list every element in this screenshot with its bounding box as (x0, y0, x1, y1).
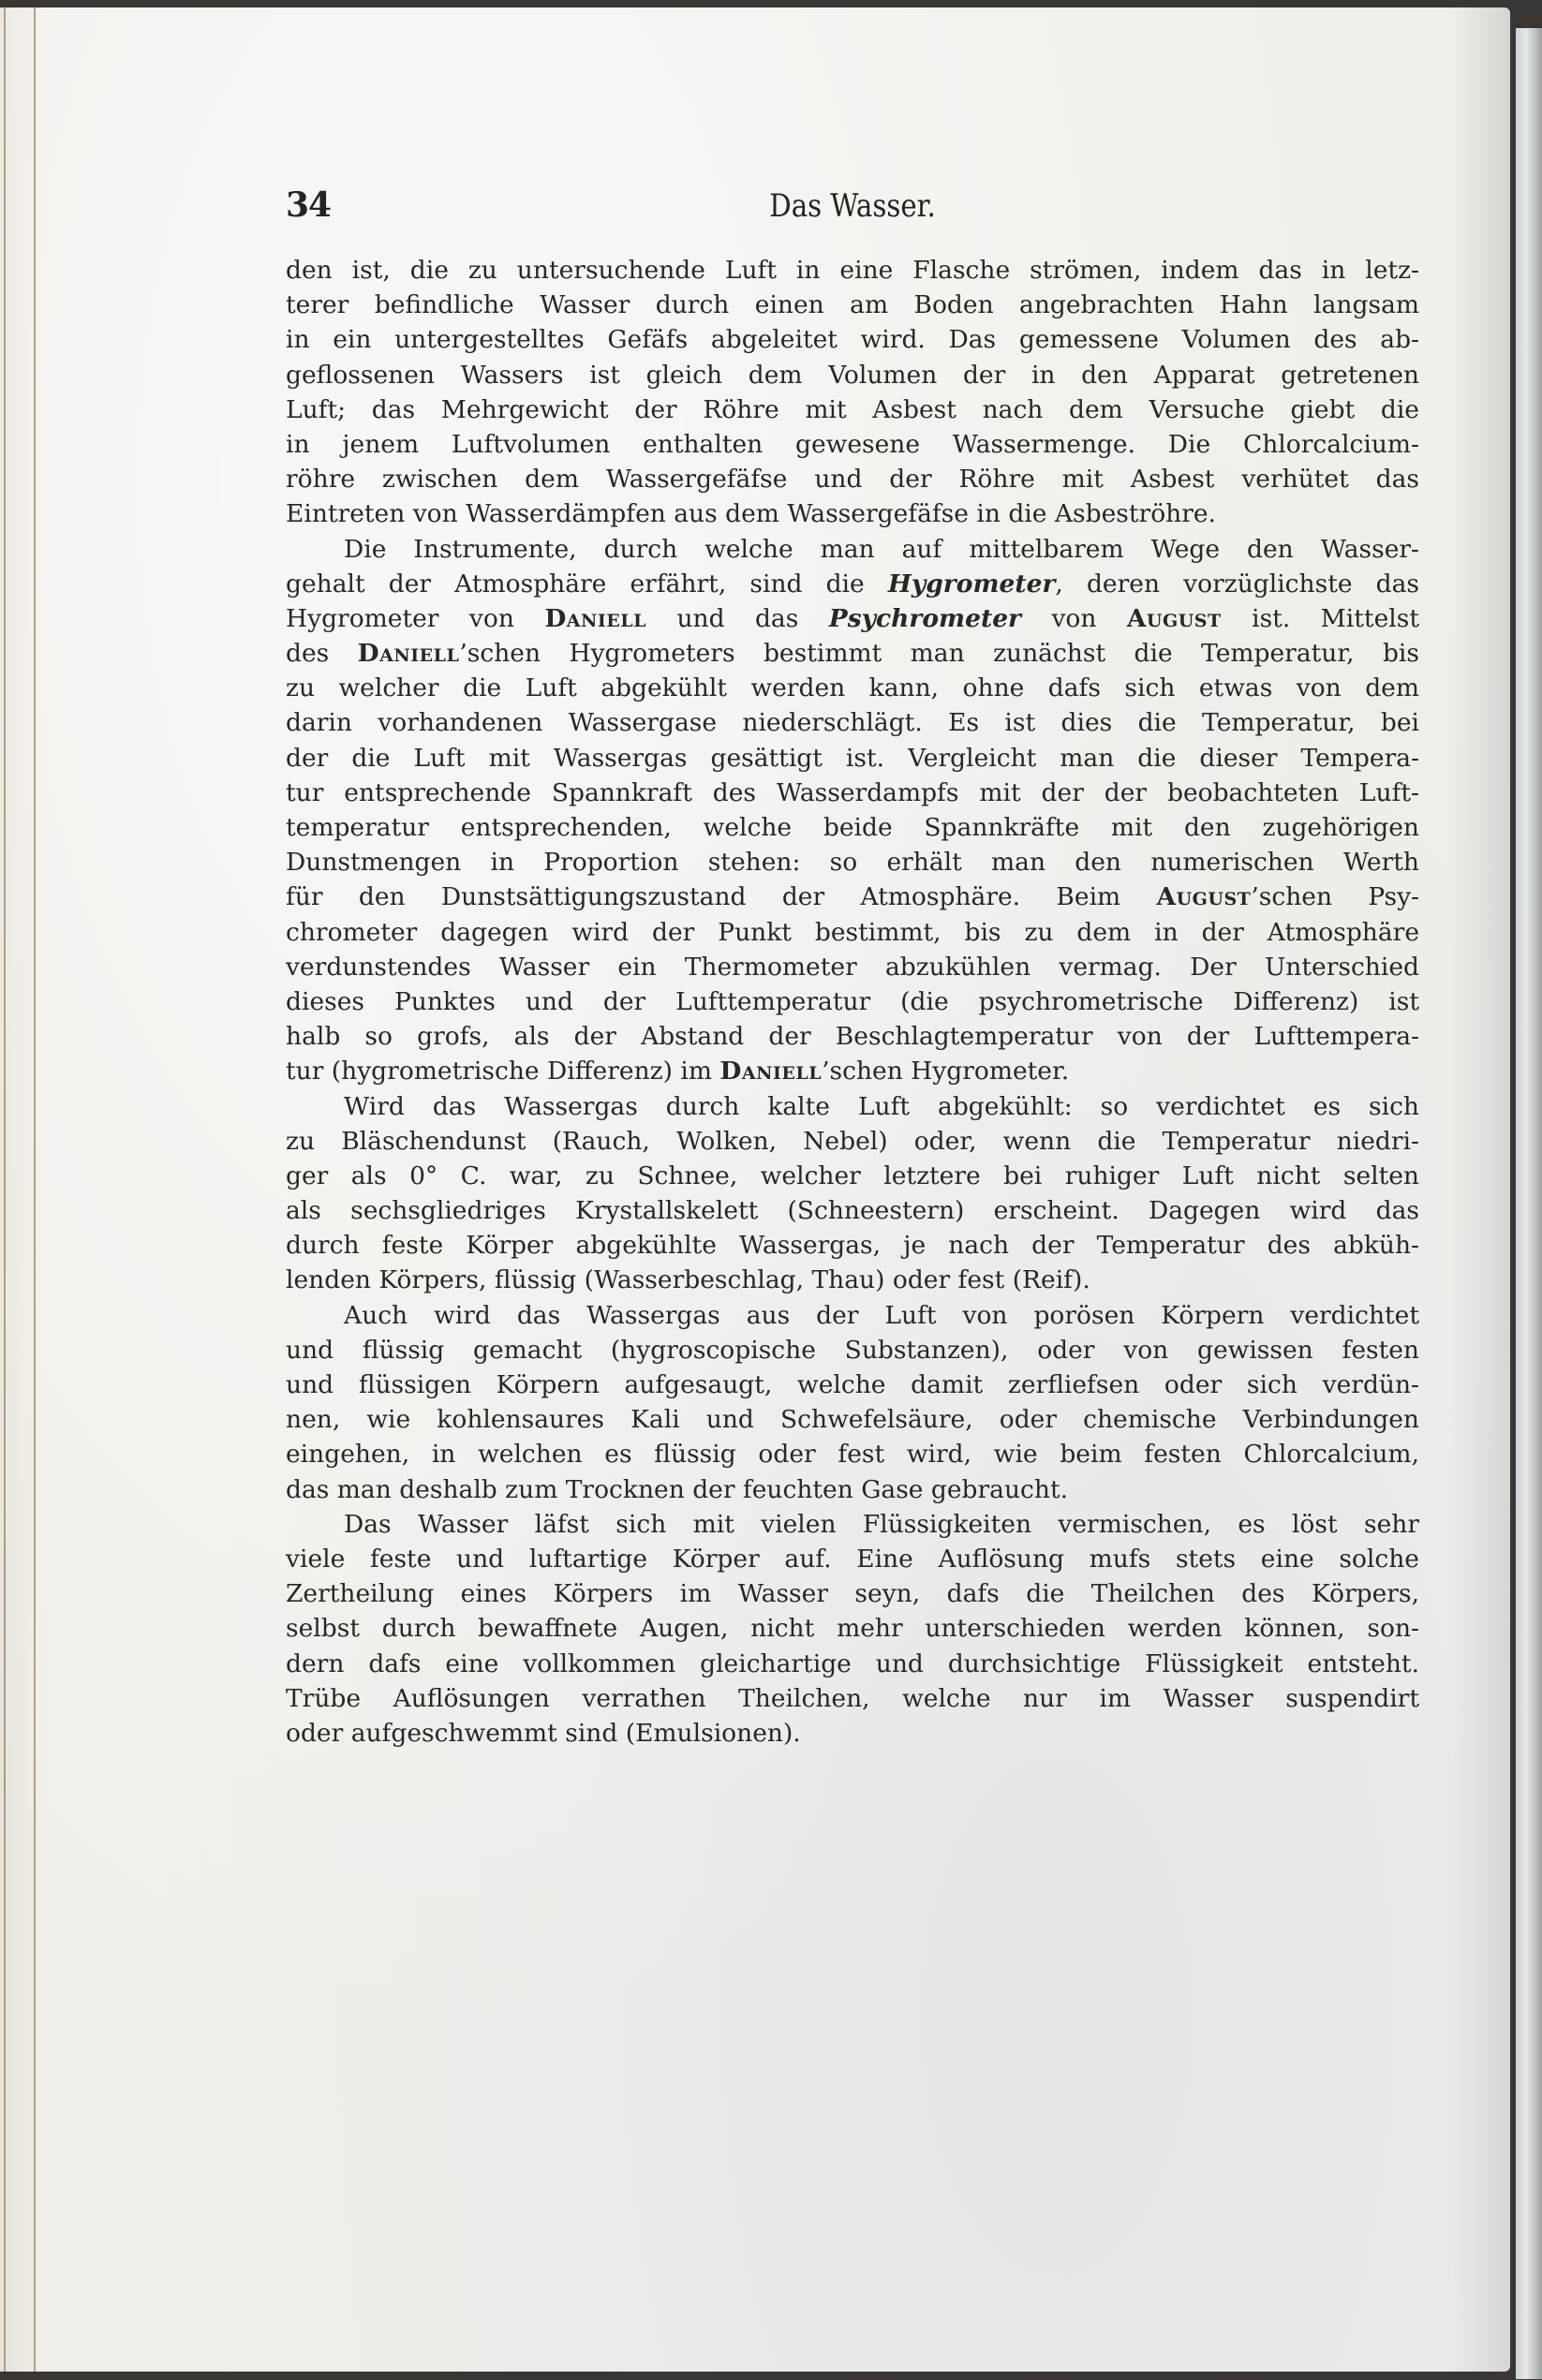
text-line: Das Wasser läfst sich mit vielen Flüssig… (286, 1507, 1419, 1542)
text-line: temperatur entsprechenden, welche beide … (286, 810, 1419, 845)
text-run: von (1021, 604, 1127, 633)
text-line: zu welcher die Luft abgekühlt werden kan… (286, 671, 1419, 705)
binding-edge-line (34, 7, 36, 2372)
text-run: und das (646, 604, 829, 633)
next-page-edge (1516, 28, 1542, 2379)
text-line: Wird das Wassergas durch kalte Luft abge… (286, 1089, 1419, 1124)
paragraph: Wird das Wassergas durch kalte Luft abge… (286, 1089, 1419, 1298)
author-name: August (1127, 604, 1222, 633)
text-line: Trübe Auflösungen verrathen Theilchen, w… (286, 1681, 1419, 1716)
text-line: den ist, die zu untersuchende Luft in ei… (286, 253, 1419, 288)
text-run: des (286, 639, 358, 668)
body-text: den ist, die zu untersuchende Luft in ei… (286, 253, 1419, 1751)
emphasis-term: Hygrometer (888, 569, 1056, 599)
text-line: lenden Körpers, flüssig (Wasserbeschlag,… (286, 1263, 1419, 1297)
text-line: viele feste und luftartige Körper auf. E… (286, 1542, 1419, 1576)
text-run: ist. Mittelst (1222, 604, 1419, 633)
text-run: gehalt der Atmosphäre erfährt, sind die (286, 569, 888, 599)
binding-edge-line (4, 7, 6, 2372)
text-run: Hygrometer von (286, 604, 544, 633)
text-line: das man deshalb zum Trocknen der feuchte… (286, 1472, 1419, 1507)
text-line: chrometer dagegen wird der Punkt bestimm… (286, 915, 1419, 950)
emphasis-term: Psychrometer (829, 604, 1021, 633)
paragraph: Die Instrumente, durch welche man auf mi… (286, 532, 1419, 1089)
author-name: Daniell (358, 639, 460, 668)
text-line: Luft; das Mehrgewicht der Röhre mit Asbe… (286, 392, 1419, 427)
text-line: in jenem Luftvolumen enthalten gewesene … (286, 427, 1419, 462)
text-run: für den Dunstsättigungszustand der Atmos… (286, 882, 1157, 911)
book-page: 34 Das Wasser. den ist, die zu untersuch… (0, 7, 1510, 2372)
text-run: tur (hygrometrische Differenz) im (286, 1057, 719, 1086)
text-line: röhre zwischen dem Wassergefäfse und der… (286, 462, 1419, 496)
text-run: ’schen Hygrometer. (822, 1057, 1069, 1086)
text-line: terer befindliche Wasser durch einen am … (286, 288, 1419, 322)
text-line: tur (hygrometrische Differenz) im Daniel… (286, 1054, 1419, 1088)
text-line: Dunstmengen in Proportion stehen: so erh… (286, 845, 1419, 880)
text-line: ger als 0° C. war, zu Schnee, welcher le… (286, 1159, 1419, 1193)
text-line: Eintreten von Wasserdämpfen aus dem Wass… (286, 496, 1419, 531)
text-line: der die Luft mit Wassergas gesättigt ist… (286, 741, 1419, 776)
text-line: Hygrometer von Daniell und das Psychrome… (286, 601, 1419, 636)
text-line: eingehen, in welchen es flüssig oder fes… (286, 1437, 1419, 1471)
text-line: des Daniell’schen Hygrometers bestimmt m… (286, 636, 1419, 671)
text-line: verdunstendes Wasser ein Thermometer abz… (286, 950, 1419, 984)
text-line: darin vorhandenen Wassergase niederschlä… (286, 705, 1419, 740)
text-line: als sechsgliedriges Krystallskelett (Sch… (286, 1193, 1419, 1228)
text-line: in ein untergestelltes Gefäfs abgeleitet… (286, 322, 1419, 357)
text-line: dern dafs eine vollkommen gleichartige u… (286, 1647, 1419, 1681)
running-title: Das Wasser. (365, 187, 1341, 225)
text-line: und flüssig gemacht (hygroscopische Subs… (286, 1333, 1419, 1367)
text-run: ’schen Hygrometers bestimmt man zunächst… (459, 639, 1419, 668)
text-line: tur entsprechende Spannkraft des Wasserd… (286, 776, 1419, 810)
paragraph: den ist, die zu untersuchende Luft in ei… (286, 253, 1419, 532)
text-line: halb so grofs, als der Abstand der Besch… (286, 1019, 1419, 1054)
text-line: und flüssigen Körpern aufgesaugt, welche… (286, 1367, 1419, 1402)
paragraph: Auch wird das Wassergas aus der Luft von… (286, 1298, 1419, 1507)
text-line: nen, wie kohlensaures Kali und Schwefels… (286, 1402, 1419, 1437)
text-run: ’schen Psy- (1251, 882, 1419, 911)
text-line: zu Bläschendunst (Rauch, Wolken, Nebel) … (286, 1124, 1419, 1159)
text-line: Auch wird das Wassergas aus der Luft von… (286, 1298, 1419, 1333)
author-name: Daniell (719, 1057, 822, 1086)
text-line: Zertheilung eines Körpers im Wasser seyn… (286, 1576, 1419, 1611)
text-line: gehalt der Atmosphäre erfährt, sind die … (286, 567, 1419, 601)
text-line: dieses Punktes und der Lufttemperatur (d… (286, 984, 1419, 1019)
text-line: selbst durch bewaffnete Augen, nicht meh… (286, 1611, 1419, 1646)
text-line: durch feste Körper abgekühlte Wassergas,… (286, 1228, 1419, 1263)
author-name: Daniell (544, 604, 646, 633)
author-name: August (1157, 882, 1252, 911)
running-head: 34 Das Wasser. (286, 185, 1419, 232)
text-line: oder aufgeschwemmt sind (Emulsionen). (286, 1716, 1419, 1751)
paragraph: Das Wasser läfst sich mit vielen Flüssig… (286, 1507, 1419, 1751)
page-number: 34 (286, 185, 331, 225)
text-line: Die Instrumente, durch welche man auf mi… (286, 532, 1419, 567)
text-line: geflossenen Wassers ist gleich dem Volum… (286, 358, 1419, 392)
text-run: , deren vorzüglichste das (1055, 569, 1419, 599)
text-line: für den Dunstsättigungszustand der Atmos… (286, 880, 1419, 914)
